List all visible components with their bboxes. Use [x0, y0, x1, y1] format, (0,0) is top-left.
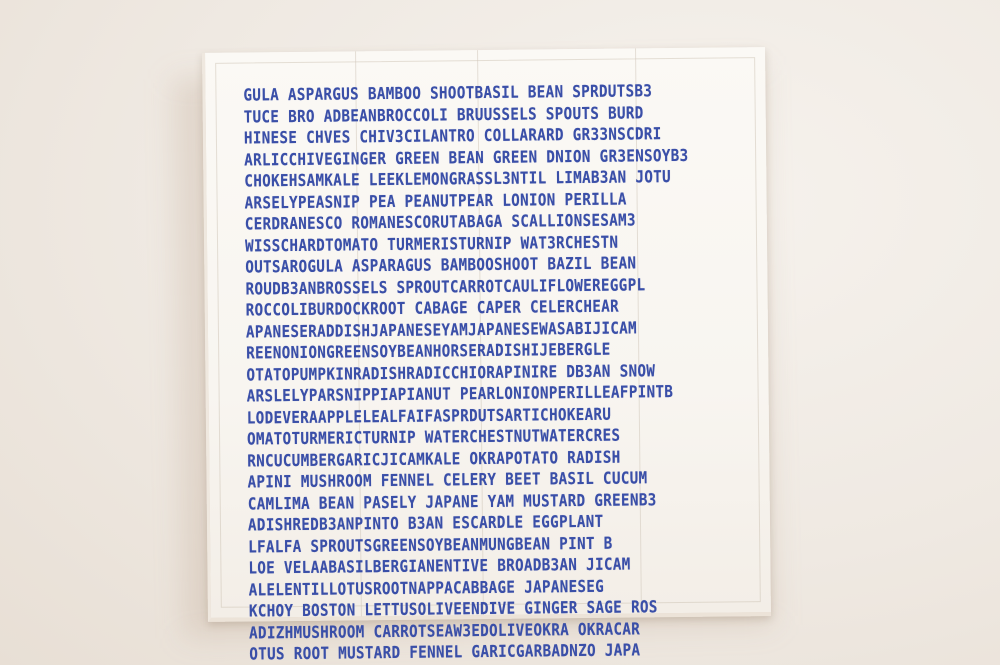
cloth-napkin: GULA ASPARGUS BAMBOO SHOOTBASIL BEAN SPR… — [202, 47, 771, 622]
text-line: OTUS ROOT MUSTARD FENNEL GARICGARBADNZO … — [249, 638, 748, 665]
handwritten-text: GULA ASPARGUS BAMBOO SHOOTBASIL BEAN SPR… — [243, 79, 749, 665]
